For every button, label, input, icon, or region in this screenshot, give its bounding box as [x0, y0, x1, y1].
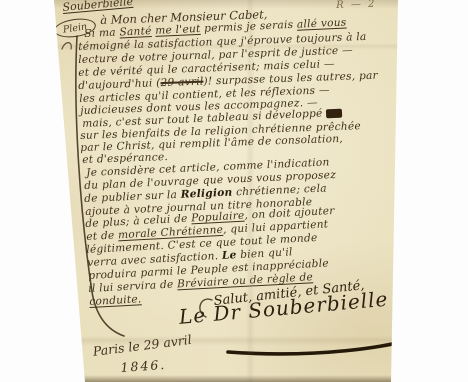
- scanned-letter: Souberbielle R — 2 Plein à Mon cher Mons…: [0, 0, 468, 382]
- margin-squiggle-icon: [62, 43, 71, 49]
- letter-text-segment: et de: [86, 229, 118, 243]
- date-year-line: 1846.: [120, 357, 167, 375]
- signature-flourish-tail-icon: [414, 333, 431, 352]
- letter-line: conduite.: [89, 293, 142, 308]
- letter-paper: Souberbielle R — 2 Plein à Mon cher Mons…: [0, 0, 468, 382]
- letter-text-segment: allé vous: [297, 17, 347, 31]
- letter-text-segment: me l'eut: [155, 23, 201, 37]
- letter-text-segment: ▬▬: [326, 109, 342, 119]
- letter-text-segment: conduite.: [89, 293, 142, 308]
- letter-text-segment: Si ma: [84, 26, 120, 40]
- letter-text-segment: 29 avril: [160, 76, 203, 89]
- letter-text-segment: Religion: [180, 187, 232, 201]
- date-place-line: Paris le 29 avril: [92, 332, 192, 359]
- folio-mark: R — 2: [336, 0, 377, 11]
- letter-text-segment: Le: [222, 249, 237, 262]
- signature-flourish-icon: [228, 333, 430, 354]
- letter-text-segment: Santé: [119, 25, 152, 38]
